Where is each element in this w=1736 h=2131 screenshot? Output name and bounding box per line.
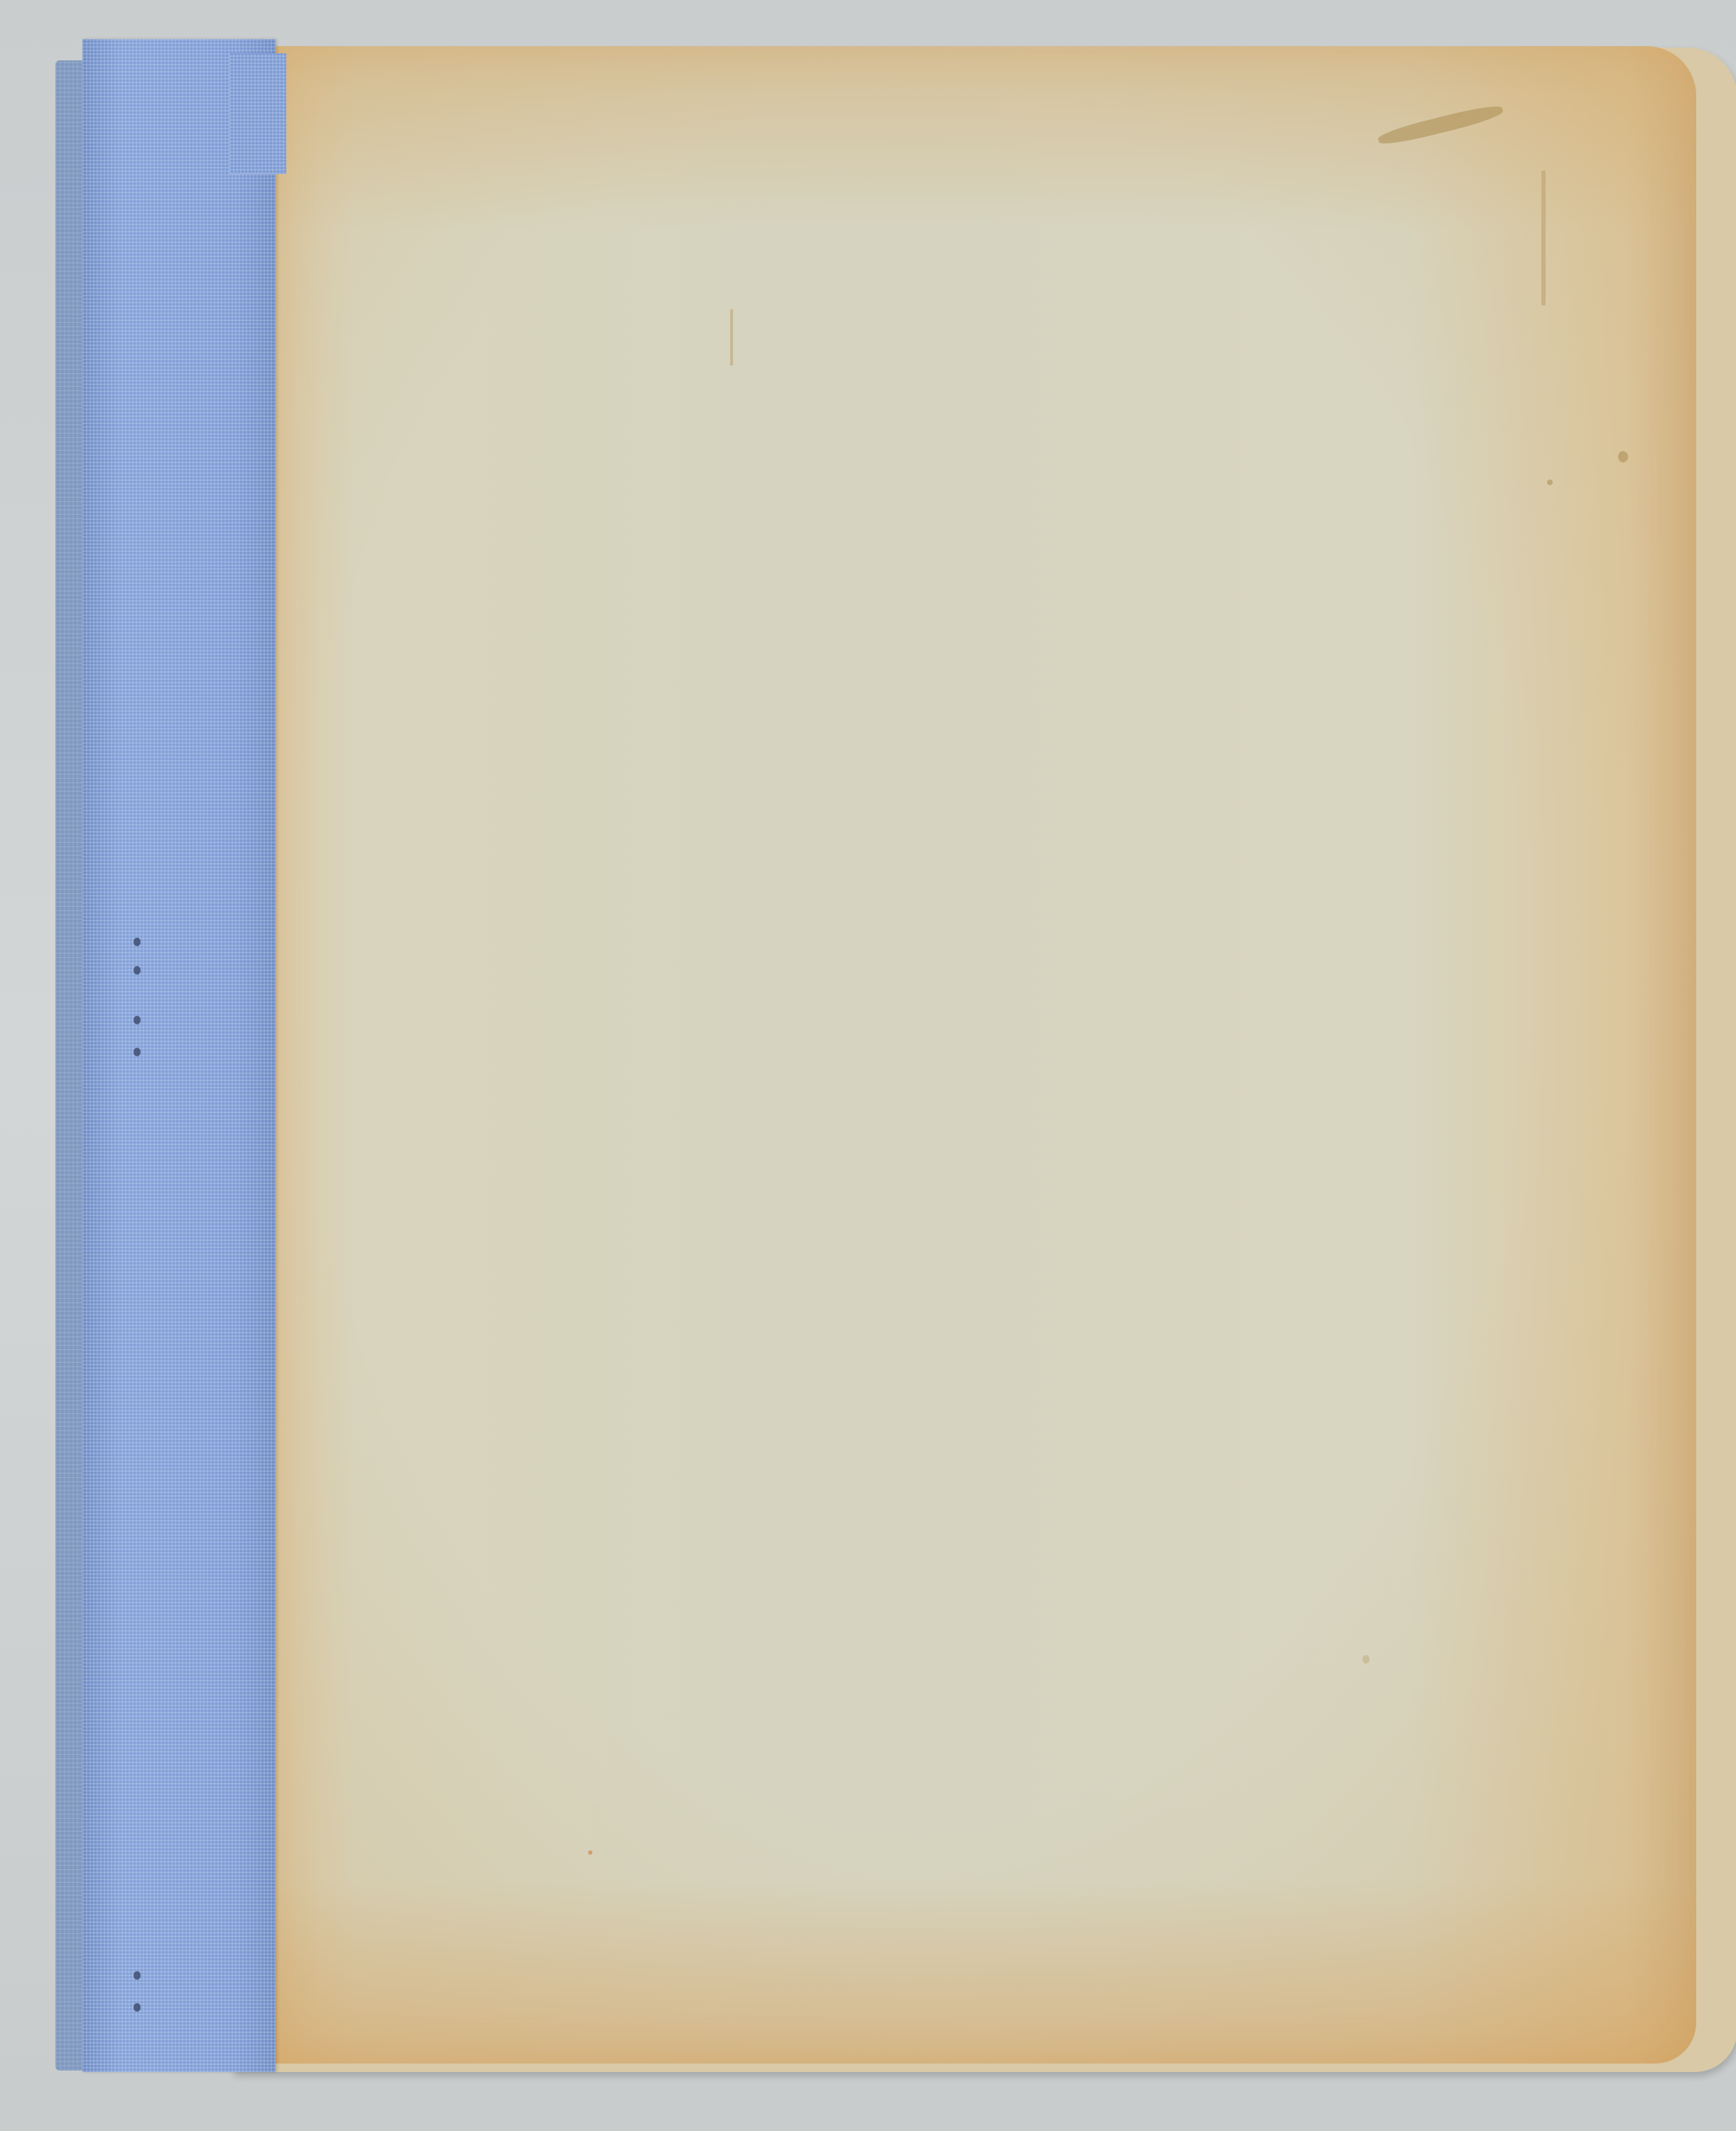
spine-tab-overlap bbox=[229, 53, 286, 174]
stain-vertical-line bbox=[1541, 170, 1546, 305]
spine-wear-mark bbox=[134, 1016, 141, 1024]
foxing-spot bbox=[1618, 451, 1628, 462]
book bbox=[55, 39, 1688, 2072]
spine-wear-mark bbox=[134, 938, 141, 946]
spine-wear-mark bbox=[134, 1048, 141, 1056]
bottom-edge-toning bbox=[268, 1879, 1696, 2064]
top-edge-toning bbox=[268, 46, 1696, 231]
stain-vertical-line bbox=[730, 309, 733, 366]
foxing-spot bbox=[588, 1850, 592, 1855]
foxing-spot bbox=[1362, 1655, 1369, 1664]
spine-wear-mark bbox=[134, 1971, 141, 1980]
cloth-spine bbox=[82, 39, 276, 2072]
spine-wear-mark bbox=[134, 2003, 141, 2012]
spine-wear-mark bbox=[134, 966, 141, 975]
front-cover-board bbox=[268, 46, 1696, 2064]
foxing-spot bbox=[1547, 479, 1553, 485]
